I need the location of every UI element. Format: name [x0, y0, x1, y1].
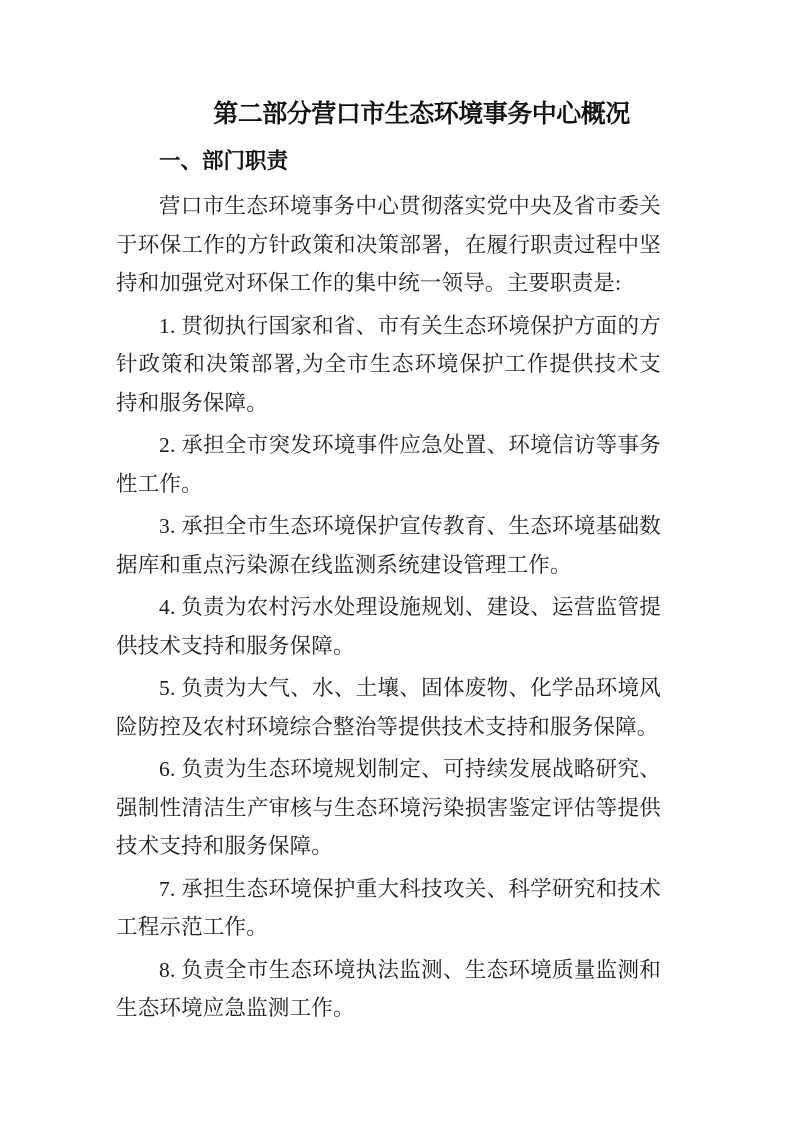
document-content: 第二部分营口市生态环境事务中心概况 一、部门职责 营口市生态环境事务中心贯彻落实…	[116, 0, 661, 1032]
duty-item-5: 5. 负责为大气、水、土壤、固体废物、化学品环境风险防控及农村环境综合整治等提供…	[116, 669, 661, 746]
duty-item-8: 8. 负责全市生态环境执法监测、生态环境质量监测和生态环境应急监测工作。	[116, 951, 661, 1028]
duty-item-7: 7. 承担生态环境保护重大科技攻关、科学研究和技术工程示范工作。	[116, 870, 661, 947]
duty-item-2: 2. 承担全市突发环境事件应急处置、环境信访等事务性工作。	[116, 426, 661, 503]
page-title: 第二部分营口市生态环境事务中心概况	[116, 93, 661, 135]
intro-paragraph: 营口市生态环境事务中心贯彻落实党中央及省市委关于环保工作的方针政策和决策部署，在…	[116, 187, 661, 303]
document-page: 第二部分营口市生态环境事务中心概况 一、部门职责 营口市生态环境事务中心贯彻落实…	[0, 0, 793, 1122]
duty-item-1: 1. 贯彻执行国家和省、市有关生态环境保护方面的方针政策和决策部署,为全市生态环…	[116, 307, 661, 423]
duty-item-4: 4. 负责为农村污水处理设施规划、建设、运营监管提供技术支持和服务保障。	[116, 588, 661, 665]
duty-item-3: 3. 承担全市生态环境保护宣传教育、生态环境基础数据库和重点污染源在线监测系统建…	[116, 507, 661, 584]
section-heading: 一、部门职责	[116, 143, 661, 179]
duty-item-6: 6. 负责为生态环境规划制定、可持续发展战略研究、强制性清洁生产审核与生态环境污…	[116, 750, 661, 866]
body-text: 营口市生态环境事务中心贯彻落实党中央及省市委关于环保工作的方针政策和决策部署，在…	[116, 187, 661, 1028]
